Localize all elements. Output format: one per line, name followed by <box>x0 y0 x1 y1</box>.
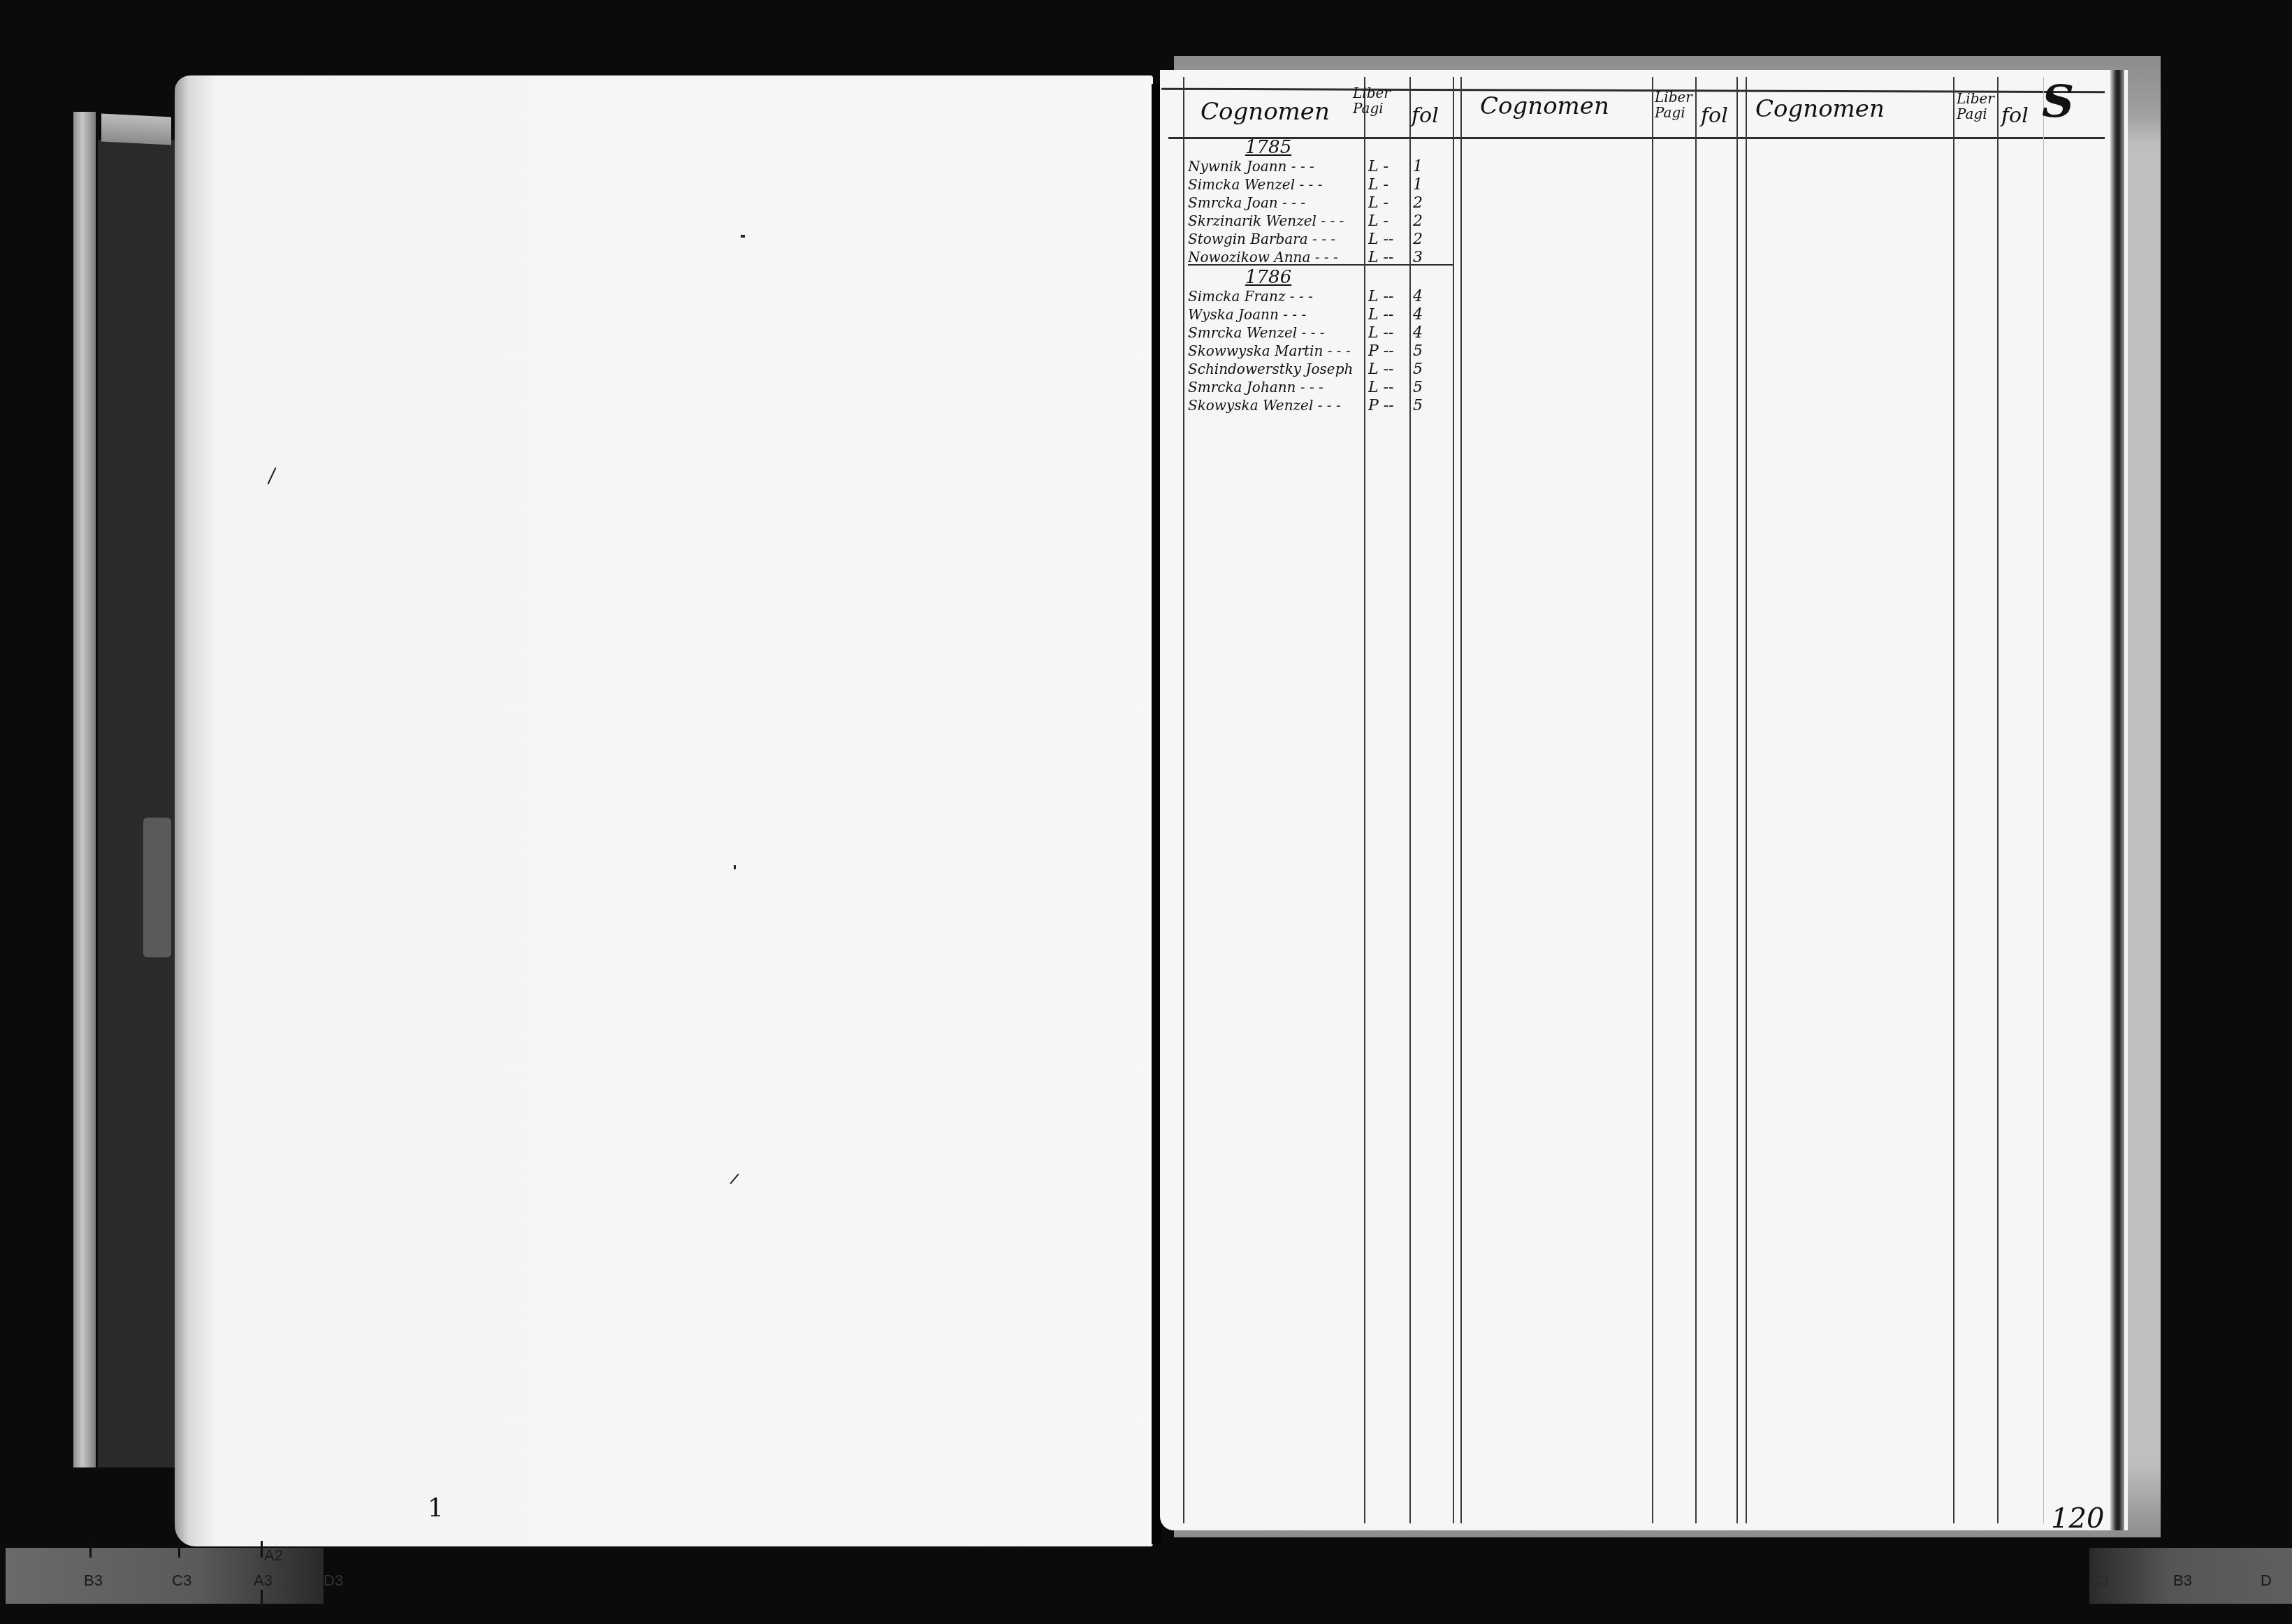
column-rule <box>1460 77 1462 1523</box>
entry-name: Simcka Franz - - - <box>1188 288 1356 307</box>
entry-name: Schindowerstky Joseph - - - <box>1188 361 1356 379</box>
entry-fol: 1 <box>1413 158 1423 175</box>
entry-name: Simcka Wenzel - - - <box>1188 176 1356 195</box>
film-ruler-right: C3 B3 D <box>2089 1548 2292 1604</box>
ruler-label: C3 <box>172 1572 191 1590</box>
entry-fol: 5 <box>1413 379 1423 396</box>
header-rule <box>1168 137 2105 139</box>
header-liber-pagi-1: Liber Pagi <box>1353 85 1395 116</box>
left-page-mark: 1 <box>428 1494 444 1523</box>
header-fol-3: fol <box>2001 103 2029 128</box>
entry-liber: L -- <box>1368 231 1393 248</box>
ruler-label: C3 <box>2089 1572 2109 1590</box>
entry-fol: 2 <box>1413 194 1423 212</box>
entry-liber: P -- <box>1368 397 1394 414</box>
entry-fol: 4 <box>1413 288 1423 305</box>
entry-fol: 5 <box>1413 342 1423 360</box>
entry-fol: 3 <box>1413 249 1423 266</box>
binding-flap <box>101 113 171 145</box>
ruler-top-label: A2 <box>264 1546 283 1565</box>
header-cognomen-2: Cognomen <box>1480 92 1609 120</box>
entry-liber: L -- <box>1368 306 1393 324</box>
right-page-edge <box>2110 70 2124 1530</box>
entry-liber: L -- <box>1368 324 1393 342</box>
ruler-tick <box>178 1544 180 1558</box>
entry-name: Skowyska Wenzel - - - <box>1188 397 1356 416</box>
entry-fol: 5 <box>1413 361 1423 378</box>
binding-clip <box>143 818 171 957</box>
left-page-blank <box>175 75 1153 1546</box>
entry-name: Smrcka Wenzel - - - <box>1188 324 1356 343</box>
entry-name: Skrzinarik Wenzel - - - <box>1188 212 1356 231</box>
ink-speck <box>741 235 745 238</box>
entry-fol: 4 <box>1413 324 1423 342</box>
column-rule <box>1409 77 1411 1523</box>
column-rule <box>1453 77 1454 1523</box>
entry-liber: L -- <box>1368 361 1393 378</box>
ruler-tick <box>261 1590 263 1607</box>
column-rule <box>1364 77 1365 1523</box>
column-rule <box>1746 77 1747 1523</box>
column-rule <box>1183 77 1184 1523</box>
binding-strip <box>73 112 96 1467</box>
section-year: 1786 <box>1245 267 1291 288</box>
folio-number: 120 <box>2051 1502 2104 1535</box>
entry-name: Skowwyska Martin - - - <box>1188 342 1356 361</box>
entry-liber: L - <box>1368 176 1388 194</box>
header-fol-1: fol <box>1412 103 1439 128</box>
ruler-tick <box>261 1541 263 1558</box>
header-fol-2: fol <box>1701 103 1728 128</box>
film-ruler-left: A2 B3 C3 A3 D3 <box>6 1548 324 1604</box>
ruler-label: B3 <box>84 1572 103 1590</box>
column-rule <box>1997 77 1999 1523</box>
entry-name: Smrcka Johann - - - <box>1188 379 1356 398</box>
ink-speck <box>734 865 736 869</box>
entry-fol: 1 <box>1413 176 1423 194</box>
ruler-label: D <box>2261 1572 2272 1590</box>
entry-name: Nowozikow Anna - - - <box>1188 249 1356 268</box>
ink-mark <box>730 1173 739 1184</box>
entry-name: Nywnik Joann - - - <box>1188 158 1356 177</box>
entry-liber: L -- <box>1368 249 1393 266</box>
entry-liber: L - <box>1368 212 1388 230</box>
header-cognomen-1: Cognomen <box>1201 98 1330 126</box>
section-year: 1785 <box>1245 137 1291 158</box>
entry-fol: 5 <box>1413 397 1423 414</box>
entry-liber: L - <box>1368 158 1388 175</box>
index-letter: S <box>2042 75 2074 128</box>
ruler-label: A3 <box>254 1572 273 1590</box>
column-rule <box>1736 77 1738 1523</box>
entry-liber: P -- <box>1368 342 1394 360</box>
header-liber-pagi-3: Liber Pagi <box>1957 91 1996 122</box>
ruler-tick <box>89 1541 92 1558</box>
entry-name: Stowgin Barbara - - - <box>1188 231 1356 249</box>
ruler-label: B3 <box>2173 1572 2192 1590</box>
column-rule <box>2043 77 2044 1523</box>
entry-name: Wyska Joann - - - <box>1188 306 1356 325</box>
column-rule <box>1652 77 1653 1523</box>
header-cognomen-3: Cognomen <box>1755 95 1885 123</box>
entry-liber: L -- <box>1368 379 1393 396</box>
ink-mark <box>268 467 277 484</box>
book-spine <box>98 140 175 1467</box>
entry-fol: 4 <box>1413 306 1423 324</box>
entry-liber: L -- <box>1368 288 1393 305</box>
entry-fol: 2 <box>1413 212 1423 230</box>
header-liber-pagi-2: Liber Pagi <box>1655 89 1694 120</box>
entry-liber: L - <box>1368 194 1388 212</box>
column-rule <box>1953 77 1954 1523</box>
entry-fol: 2 <box>1413 231 1423 248</box>
ruler-label: D3 <box>324 1572 343 1590</box>
entry-name: Smrcka Joan - - - <box>1188 194 1356 213</box>
column-rule <box>1695 77 1697 1523</box>
